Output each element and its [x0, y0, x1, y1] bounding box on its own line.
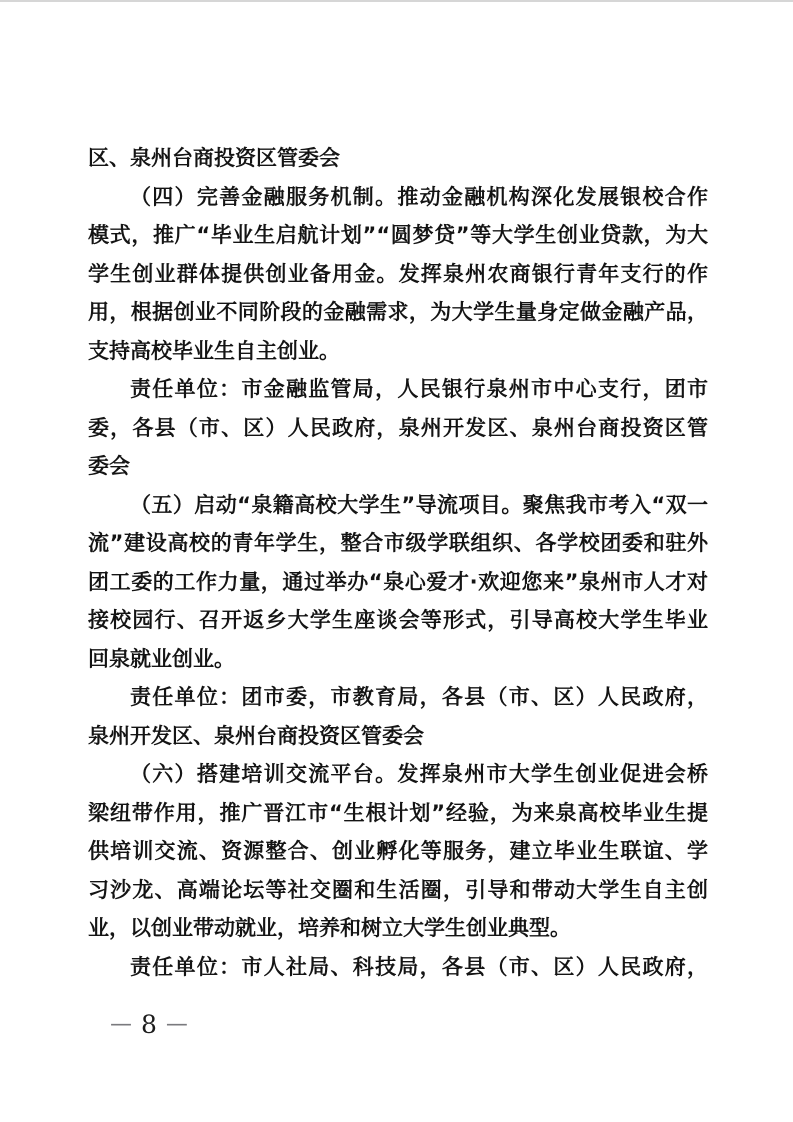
text-line: 责任单位：团市委，市教育局，各县（市、区）人民政府，	[88, 678, 708, 717]
text-line: 回泉就业创业。	[88, 640, 708, 679]
text-line: 学生创业群体提供创业备用金。发挥泉州农商银行青年支行的作	[88, 255, 708, 294]
text-line: 区、泉州台商投资区管委会	[88, 139, 708, 178]
text-line: 流”建设高校的青年学生，整合市级学联组织、各学校团委和驻外	[88, 524, 708, 563]
text-line: （四）完善金融服务机制。推动金融机构深化发展银校合作	[88, 178, 708, 217]
document-body: 区、泉州台商投资区管委会（四）完善金融服务机制。推动金融机构深化发展银校合作模式…	[88, 139, 708, 986]
text-line: 委，各县（市、区）人民政府，泉州开发区、泉州台商投资区管	[88, 409, 708, 448]
text-line: （六）搭建培训交流平台。发挥泉州市大学生创业促进会桥	[88, 755, 708, 794]
text-line: 梁纽带作用，推广晋江市“生根计划”经验，为来泉高校毕业生提	[88, 794, 708, 833]
text-line: 习沙龙、高端论坛等社交圈和生活圈，引导和带动大学生自主创	[88, 871, 708, 910]
text-line: 供培训交流、资源整合、创业孵化等服务，建立毕业生联谊、学	[88, 832, 708, 871]
page-number: 8	[139, 1012, 159, 1037]
text-line: 团工委的工作力量，通过举办“泉心爱才·欢迎您来”泉州市人才对	[88, 563, 708, 602]
text-line: 用，根据创业不同阶段的金融需求，为大学生量身定做金融产品，	[88, 293, 708, 332]
text-line: 模式，推广“毕业生启航计划”“圆梦贷”等大学生创业贷款，为大	[88, 216, 708, 255]
text-line: 业，以创业带动就业，培养和树立大学生创业典型。	[88, 909, 708, 948]
text-line: 责任单位：市人社局、科技局，各县（市、区）人民政府，	[88, 948, 708, 987]
footer-dash-left: —	[110, 1014, 132, 1036]
text-line: 泉州开发区、泉州台商投资区管委会	[88, 717, 708, 756]
page-top-edge-line	[0, 0, 793, 2]
text-line: （五）启动“泉籍高校大学生”导流项目。聚焦我市考入“双一	[88, 486, 708, 525]
text-line: 支持高校毕业生自主创业。	[88, 332, 708, 371]
text-line: 接校园行、召开返乡大学生座谈会等形式，引导高校大学生毕业	[88, 601, 708, 640]
footer-dash-right: —	[166, 1014, 188, 1036]
text-line: 委会	[88, 447, 708, 486]
text-line: 责任单位：市金融监管局，人民银行泉州市中心支行，团市	[88, 370, 708, 409]
page-footer: — 8 —	[110, 1012, 188, 1037]
